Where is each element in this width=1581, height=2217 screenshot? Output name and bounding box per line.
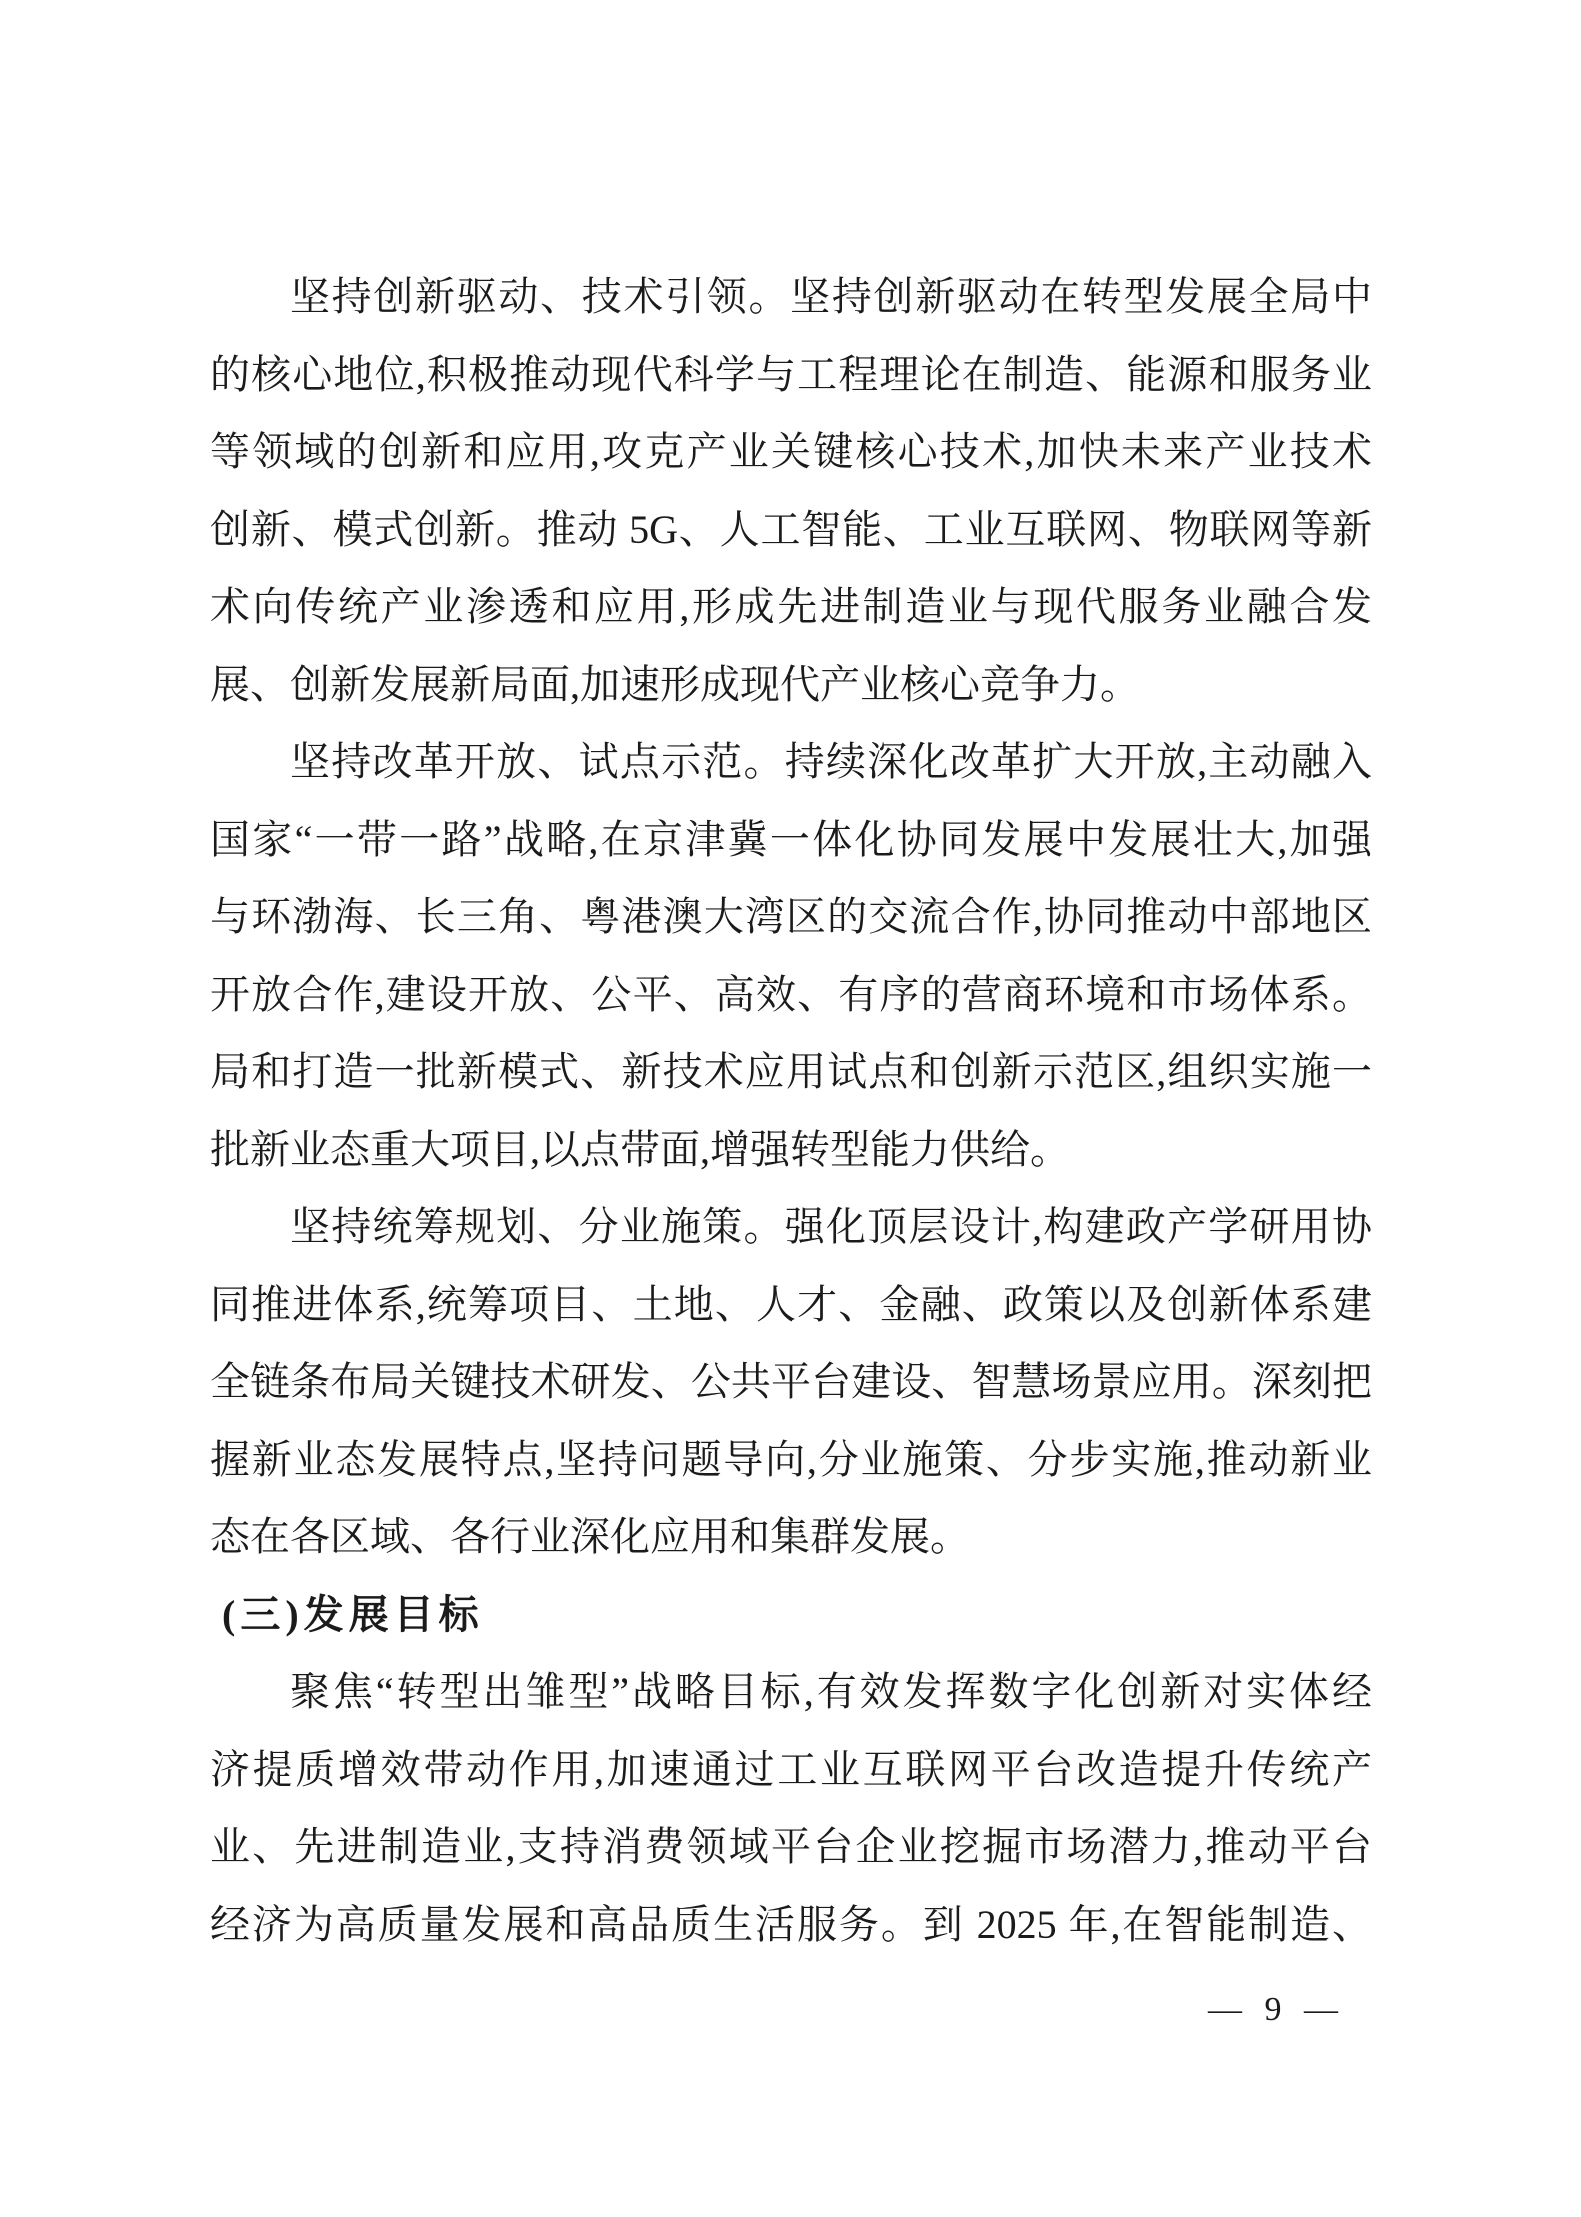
- text-line: 同推进体系,统筹项目、土地、人才、金融、政策以及创新体系建设,: [210, 1266, 1372, 1344]
- text-line: 坚持改革开放、试点示范。持续深化改革扩大开放,主动融入: [210, 723, 1372, 801]
- paragraph-reform-opening: 坚持改革开放、试点示范。持续深化改革扩大开放,主动融入 国家“一带一路”战略,在…: [210, 723, 1372, 1188]
- text-line: 国家“一带一路”战略,在京津冀一体化协同发展中发展壮大,加强: [210, 801, 1372, 879]
- section-heading-development-goals: (三)发展目标: [210, 1576, 1372, 1654]
- text-line: 态在各区域、各行业深化应用和集群发展。: [210, 1498, 1372, 1576]
- text-line: 与环渤海、长三角、粤港澳大湾区的交流合作,协同推动中部地区: [210, 878, 1372, 956]
- text-line: 展、创新发展新局面,加速形成现代产业核心竞争力。: [210, 646, 1372, 724]
- text-block: 坚持创新驱动、技术引领。坚持创新驱动在转型发展全局中 的核心地位,积极推动现代科…: [210, 258, 1372, 1963]
- text-line: 全链条布局关键技术研发、公共平台建设、智慧场景应用。深刻把: [210, 1343, 1372, 1421]
- text-line: 的核心地位,积极推动现代科学与工程理论在制造、能源和服务业: [210, 336, 1372, 414]
- text-line: 握新业态发展特点,坚持问题导向,分业施策、分步实施,推动新业: [210, 1421, 1372, 1499]
- document-page: { "page": { "background": "#ffffff", "te…: [0, 0, 1581, 2217]
- text-line: 经济为高质量发展和高品质生活服务。到 2025 年,在智能制造、: [210, 1886, 1372, 1964]
- paragraph-development-goals-intro: 聚焦“转型出雏型”战略目标,有效发挥数字化创新对实体经 济提质增效带动作用,加速…: [210, 1653, 1372, 1963]
- text-line: 聚焦“转型出雏型”战略目标,有效发挥数字化创新对实体经: [210, 1653, 1372, 1731]
- paragraph-innovation-driven: 坚持创新驱动、技术引领。坚持创新驱动在转型发展全局中 的核心地位,积极推动现代科…: [210, 258, 1372, 723]
- text-line: 坚持统筹规划、分业施策。强化顶层设计,构建政产学研用协: [210, 1188, 1372, 1266]
- text-line: 术向传统产业渗透和应用,形成先进制造业与现代服务业融合发: [210, 568, 1372, 646]
- section-heading-text: (三)发展目标: [222, 1576, 1372, 1654]
- page-number: — 9 —: [1208, 1993, 1372, 2027]
- text-line: 坚持创新驱动、技术引领。坚持创新驱动在转型发展全局中: [210, 258, 1372, 336]
- text-line: 局和打造一批新模式、新技术应用试点和创新示范区,组织实施一: [210, 1033, 1372, 1111]
- paragraph-overall-planning: 坚持统筹规划、分业施策。强化顶层设计,构建政产学研用协 同推进体系,统筹项目、土…: [210, 1188, 1372, 1576]
- text-line: 等领域的创新和应用,攻克产业关键核心技术,加快未来产业技术: [210, 413, 1372, 491]
- text-line: 济提质增效带动作用,加速通过工业互联网平台改造提升传统产: [210, 1731, 1372, 1809]
- text-line: 业、先进制造业,支持消费领域平台企业挖掘市场潜力,推动平台: [210, 1808, 1372, 1886]
- text-line: 批新业态重大项目,以点带面,增强转型能力供给。: [210, 1111, 1372, 1189]
- text-line: 创新、模式创新。推动 5G、人工智能、工业互联网、物联网等新技: [210, 491, 1372, 569]
- text-line: 开放合作,建设开放、公平、高效、有序的营商环境和市场体系。布: [210, 956, 1372, 1034]
